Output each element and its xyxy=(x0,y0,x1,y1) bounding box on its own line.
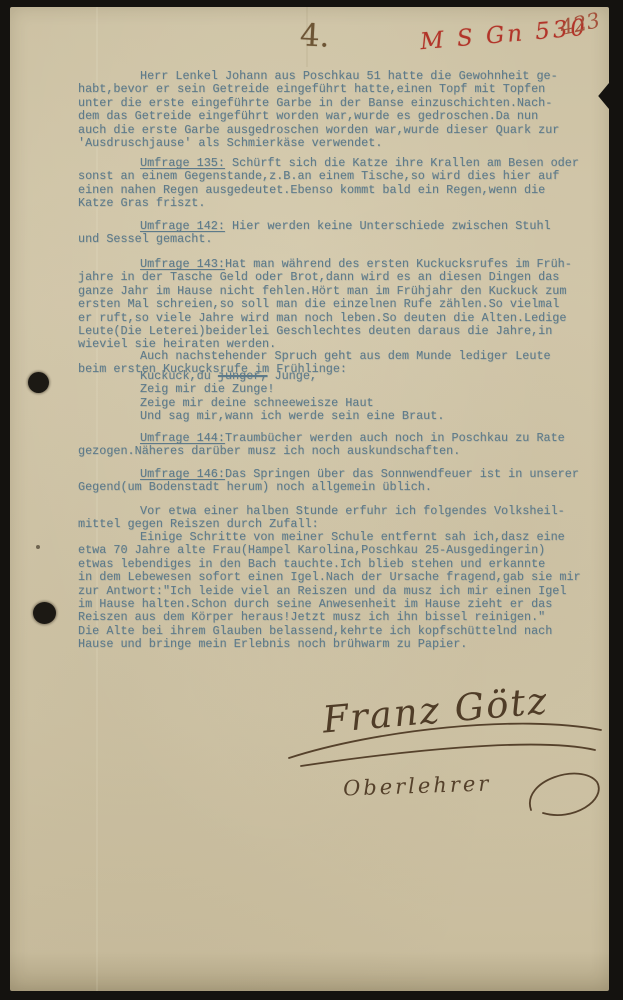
document-page xyxy=(10,7,609,991)
signature-name: Franz Götz xyxy=(320,679,551,742)
signature-flourish-line2 xyxy=(301,745,595,766)
scan-notch xyxy=(597,83,609,109)
signature-title: Oberlehrer xyxy=(343,771,492,800)
ink-speck xyxy=(36,545,40,549)
scan-background: 4. M S Gn 530 423 Herr Lenkel Johann aus… xyxy=(0,0,623,1000)
punch-hole-bottom xyxy=(33,602,56,624)
signature: Franz Götz Oberlehrer xyxy=(285,664,607,816)
signature-flourish-loop xyxy=(530,774,599,816)
punch-hole-top xyxy=(28,372,49,393)
page-number: 4. xyxy=(299,17,330,54)
